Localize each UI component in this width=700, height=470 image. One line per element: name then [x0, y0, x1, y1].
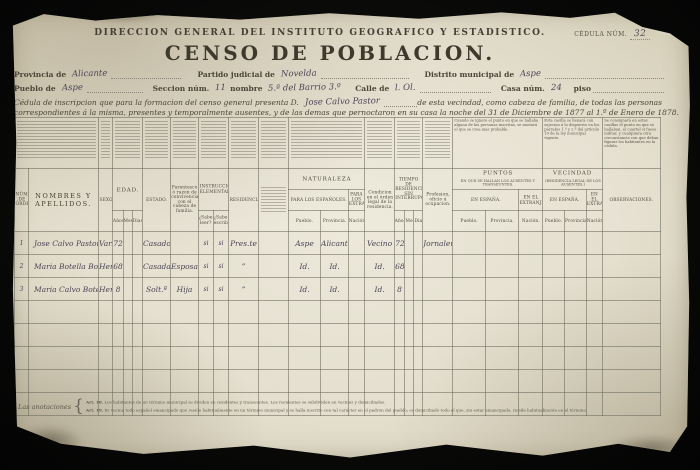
instr-cell: [113, 118, 143, 169]
col-header-condicion: Condicion en el órden legal de la reside…: [365, 169, 395, 232]
leaf-edad-anos: Años.: [113, 211, 124, 232]
table-cell: [124, 347, 133, 370]
table-cell: [486, 255, 519, 278]
declarant-name: Jose Calvo Pastor: [301, 96, 384, 108]
table-cell: [565, 347, 587, 370]
table-cell: Pres.te: [229, 232, 259, 255]
table-cell: [519, 370, 543, 393]
table-cell: si: [214, 255, 229, 278]
declaration-text-2: de esta vecindad, como cabeza de familia…: [417, 98, 664, 107]
instr-cell-puntos: Cuando se ignore el punto en que se hall…: [453, 118, 543, 169]
piso-label: piso: [574, 84, 593, 93]
pueblo-label: Pueblo de: [14, 84, 58, 93]
leaf-sabe-escribir: ¿Sabe escribir?: [214, 211, 229, 232]
table-cell: [543, 278, 565, 301]
table-cell: [171, 301, 199, 324]
table-cell: [414, 255, 423, 278]
table-cell: 1: [15, 232, 29, 255]
table-cell: si: [199, 232, 214, 255]
table-cell: [199, 347, 214, 370]
footnote-line: Art. 19. Es vecino todo español emancipa…: [86, 408, 700, 413]
table-cell: [423, 370, 453, 393]
fine-print: [201, 121, 226, 159]
subheader-para-espanoles: PARA LOS ESPAÑOLES.: [289, 190, 349, 211]
table-cell: [395, 324, 405, 347]
table-cell: [133, 347, 143, 370]
paper-stain: [606, 435, 696, 461]
table-row: [15, 347, 661, 370]
table-cell: [565, 232, 587, 255]
table-cell: Id.: [289, 278, 321, 301]
table-cell: [453, 301, 486, 324]
distrito-label: Distrito municipal de: [425, 70, 517, 79]
instr-cell: [171, 118, 199, 169]
col-header-ocupacion-fina: [259, 169, 289, 232]
table-cell: Id.: [321, 255, 349, 278]
instruction-text: Se consignará en estas casillas el punto…: [603, 118, 661, 149]
table-cell: [321, 324, 349, 347]
table-cell: [199, 324, 214, 347]
instr-cell: [395, 118, 423, 169]
table-cell: [99, 347, 113, 370]
table-cell: 8: [113, 278, 124, 301]
table-cell: [124, 232, 133, 255]
instr-cell: [143, 118, 171, 169]
cedula-number: CÉDULA NÚM. 32: [574, 29, 650, 40]
table-cell: [453, 347, 486, 370]
table-cell: [565, 255, 587, 278]
rule-line: [111, 69, 181, 79]
header-group-row: NÚM. DE ÓRDEN. NOMBRES Y APELLIDOS. SEXO…: [15, 169, 661, 190]
instruction-text: Cuando se ignore el punto en que se hall…: [453, 118, 542, 132]
col-header-vecindad: VECINDAD(RESIDENCIA LEGAL DE LOS AUSENTE…: [543, 169, 603, 190]
census-sheet: DIRECCION GENERAL DEL INSTITUTO GEOGRAFI…: [6, 5, 694, 463]
leaf-vecindad-pueblo: Pueblo.: [543, 211, 565, 232]
table-cell: [29, 370, 99, 393]
table-cell: [565, 278, 587, 301]
footnote-text: Los habitantes de un término municipal s…: [104, 400, 385, 405]
provincia-label: Provincia de: [14, 70, 68, 79]
leaf-tiempo-meses: Meses.: [405, 211, 414, 232]
table-cell: 72: [395, 232, 405, 255]
table-cell: [519, 255, 543, 278]
table-cell: [603, 232, 661, 255]
table-cell: [405, 301, 414, 324]
leaf-tiempo-anos: Años.: [395, 211, 405, 232]
instr-cell: [423, 118, 453, 169]
fine-print: [261, 187, 286, 213]
table-cell: [395, 347, 405, 370]
leaf-nat-provincia: Provincia.: [321, 211, 349, 232]
table-cell: [565, 324, 587, 347]
table-cell: [289, 347, 321, 370]
footer-notes: Las anotaciones { Art. 18. Los habitante…: [18, 399, 658, 414]
table-cell: Aspe: [289, 232, 321, 255]
table-cell: [259, 255, 289, 278]
table-cell: [414, 370, 423, 393]
table-cell: ”: [229, 255, 259, 278]
partido-value: Novelda: [277, 69, 321, 80]
seccion-nombre-label: nombre: [230, 84, 264, 93]
table-cell: Id.: [321, 278, 349, 301]
instructions-row: Cuando se ignore el punto en que se hall…: [15, 118, 661, 169]
table-cell: [143, 324, 171, 347]
leaf-sabe-leer: ¿Sabe leer?: [199, 211, 214, 232]
table-cell: [486, 232, 519, 255]
leaf-puntos-provincia: Provincia.: [486, 211, 519, 232]
table-cell: [29, 301, 99, 324]
leaf-puntos-nacion: Nación.: [519, 211, 543, 232]
table-cell: [229, 324, 259, 347]
fine-print: [397, 121, 420, 159]
table-cell: [321, 370, 349, 393]
col-header-edad: EDAD.: [113, 169, 143, 211]
fine-print: [367, 121, 392, 159]
seccion-value: 11: [211, 83, 230, 93]
table-row: [15, 324, 661, 347]
fine-print: [231, 121, 256, 159]
table-cell: [543, 347, 565, 370]
leaf-edad-meses: Meses.: [124, 211, 133, 232]
col-header-nombres: NOMBRES Y APELLIDOS.: [29, 169, 99, 232]
table-cell: [565, 301, 587, 324]
footnote-ref: Art. 19.: [86, 408, 103, 413]
table-cell: Alicante: [321, 232, 349, 255]
table-cell: [365, 347, 395, 370]
table-cell: [453, 255, 486, 278]
table-cell: [133, 278, 143, 301]
table-cell: [543, 232, 565, 255]
table-cell: [486, 370, 519, 393]
table-row: 2Maria Botella BotellaHem.68CasadaEsposa…: [15, 255, 661, 278]
table-cell: [414, 278, 423, 301]
table-cell: Hem.: [99, 278, 113, 301]
table-cell: Maria Calvo Botella: [29, 278, 99, 301]
fine-print: [145, 121, 168, 159]
table-cell: Id.: [365, 278, 395, 301]
partido-label: Partido judicial de: [197, 70, 276, 79]
subheader-vecindad-extranjero: EN EL EXTRANJERO.: [587, 190, 603, 211]
subheader-puntos-espana: EN ESPAÑA.: [453, 190, 519, 211]
table-cell: [15, 301, 29, 324]
subheader-para-extranjeros: PARA LOS EXTRANJEROS.: [349, 190, 365, 211]
table-cell: [171, 347, 199, 370]
table-cell: 68: [395, 255, 405, 278]
col-header-residencia: RESIDENCIA.: [229, 169, 259, 232]
table-cell: [214, 347, 229, 370]
instr-cell: [15, 118, 99, 169]
table-cell: [349, 301, 365, 324]
table-cell: [405, 255, 414, 278]
table-cell: [99, 301, 113, 324]
table-cell: [587, 370, 603, 393]
table-cell: [133, 301, 143, 324]
table-cell: 68: [113, 255, 124, 278]
casa-label: Casa núm.: [501, 84, 547, 93]
table-cell: [99, 324, 113, 347]
footnote-lines: Art. 18. Los habitantes de un término mu…: [86, 399, 700, 414]
table-cell: [321, 301, 349, 324]
table-cell: [259, 347, 289, 370]
table-cell: [405, 347, 414, 370]
table-row: [15, 370, 661, 393]
table-cell: Id.: [365, 255, 395, 278]
table-cell: [143, 347, 171, 370]
table-cell: [395, 301, 405, 324]
table-cell: Id.: [289, 255, 321, 278]
fine-print: [425, 121, 450, 159]
table-cell: [423, 347, 453, 370]
provincia-value: Alicante: [68, 69, 112, 80]
col-header-profesion: Profesion, oficio ú ocupacion.: [423, 169, 453, 232]
fine-print: [291, 121, 362, 159]
table-cell: [519, 278, 543, 301]
table-row: 1Jose Calvo PastorVar.72CasadosisiPres.t…: [15, 232, 661, 255]
table-cell: [124, 255, 133, 278]
brace-glyph: {: [71, 399, 86, 414]
table-cell: [543, 301, 565, 324]
col-header-num: NÚM. DE ÓRDEN.: [15, 169, 29, 232]
table-cell: [453, 324, 486, 347]
declaration-text-3: correspondientes á la misma, presentes y…: [14, 108, 681, 117]
table-cell: [365, 324, 395, 347]
table-cell: [171, 324, 199, 347]
table-cell: si: [199, 255, 214, 278]
table-cell: [587, 278, 603, 301]
table-cell: [99, 370, 113, 393]
table-cell: Vecino: [365, 232, 395, 255]
table-cell: [349, 324, 365, 347]
table-cell: [143, 301, 171, 324]
col-header-observaciones: OBSERVACIONES.: [603, 169, 661, 232]
table-body: 1Jose Calvo PastorVar.72CasadosisiPres.t…: [15, 232, 661, 416]
table-cell: [29, 347, 99, 370]
table-cell: Jose Calvo Pastor: [29, 232, 99, 255]
table-cell: [259, 324, 289, 347]
table-cell: [124, 370, 133, 393]
footnote-line: Art. 18. Los habitantes de un término mu…: [86, 400, 700, 405]
table-cell: [15, 324, 29, 347]
table-cell: [414, 232, 423, 255]
seccion-nombre-value: 5.ª del Barrio 3.º: [264, 82, 345, 94]
table-cell: [214, 324, 229, 347]
leaf-puntos-pueblo: Pueblo.: [453, 211, 486, 232]
footnote-text: Es vecino todo español emancipado que re…: [104, 408, 587, 413]
leaf-vecindad-provincia: Provincia.: [565, 211, 587, 232]
table-cell: [365, 301, 395, 324]
paper-stain: [76, 7, 166, 23]
table-cell: [519, 232, 543, 255]
table-cell: [405, 232, 414, 255]
leaf-tiempo-dias: Dias.: [414, 211, 423, 232]
table-cell: [365, 370, 395, 393]
table-cell: [519, 301, 543, 324]
table-cell: [113, 370, 124, 393]
col-header-puntos: PUNTOSEN QUE SE HALLAN LOS AUSENTES Y TR…: [453, 169, 543, 190]
table-cell: [423, 324, 453, 347]
table-cell: [414, 324, 423, 347]
table-cell: [259, 301, 289, 324]
table-cell: Casado: [143, 232, 171, 255]
table-cell: Esposa: [171, 255, 199, 278]
rule-line: [593, 83, 664, 93]
table-cell: [603, 255, 661, 278]
table-cell: [133, 255, 143, 278]
table-cell: [543, 370, 565, 393]
table-cell: [214, 370, 229, 393]
col-header-parentesco: Parentesco ó razon de convivencia con el…: [171, 169, 199, 232]
col-header-instruccion: INSTRUCCION ELEMENTAL.: [199, 169, 229, 211]
paper-stain: [14, 425, 84, 459]
pueblo-value: Aspe: [57, 83, 86, 94]
fine-print: [101, 121, 110, 159]
table-cell: [423, 301, 453, 324]
col-header-naturaleza: NATURALEZA: [289, 169, 365, 190]
table-cell: Jornalero: [423, 232, 453, 255]
table-cell: Maria Botella Botella: [29, 255, 99, 278]
table-cell: [405, 324, 414, 347]
seccion-label: Seccion núm.: [153, 84, 212, 93]
form-line-1: Provincia de Alicante Partido judicial d…: [14, 69, 664, 79]
table-cell: [289, 324, 321, 347]
declaration-line-2: correspondientes á la misma, presentes y…: [14, 108, 664, 117]
table-cell: Var.: [99, 232, 113, 255]
instr-cell: [289, 118, 365, 169]
form-line-2: Pueblo de Aspe Seccion núm. 11 nombre 5.…: [14, 83, 664, 93]
fine-print: [115, 121, 140, 159]
table-cell: [349, 347, 365, 370]
table-cell: [519, 324, 543, 347]
table-cell: [543, 324, 565, 347]
cedula-value: 32: [629, 29, 650, 40]
table-cell: [543, 255, 565, 278]
table-cell: [113, 324, 124, 347]
table-cell: [414, 301, 423, 324]
table-cell: [587, 301, 603, 324]
table-cell: [587, 324, 603, 347]
photo-backdrop: DIRECCION GENERAL DEL INSTITUTO GEOGRAFI…: [0, 0, 700, 470]
table-row: [15, 301, 661, 324]
table-cell: [603, 347, 661, 370]
rule-line: [545, 69, 664, 79]
table-cell: [199, 301, 214, 324]
footnote-ref: Art. 18.: [86, 400, 103, 405]
table-cell: [321, 347, 349, 370]
instruction-text: Esta casilla se llenará con sujecion á l…: [543, 118, 603, 141]
subheader-puntos-extranjero: EN EL EXTRANJERO.: [519, 190, 543, 211]
table-cell: [229, 301, 259, 324]
table-cell: [405, 278, 414, 301]
table-cell: [349, 232, 365, 255]
table-cell: [229, 370, 259, 393]
table-cell: Solt.ª: [143, 278, 171, 301]
table-cell: [603, 301, 661, 324]
table-cell: [565, 370, 587, 393]
table-cell: [414, 347, 423, 370]
table-cell: Hija: [171, 278, 199, 301]
table-cell: [486, 278, 519, 301]
table-cell: [453, 232, 486, 255]
table-cell: 72: [113, 232, 124, 255]
leaf-vecindad-nacion: Nación.: [587, 211, 603, 232]
table-cell: 2: [15, 255, 29, 278]
table-cell: [229, 347, 259, 370]
cedula-label: CÉDULA NÚM.: [574, 31, 627, 38]
fine-print: [17, 121, 96, 159]
table-cell: [405, 370, 414, 393]
table-cell: si: [199, 278, 214, 301]
table-cell: [15, 370, 29, 393]
col-header-tiempo: TIEMPO DE RESIDENCIA SIN INTERRUPCION.: [395, 169, 423, 211]
calle-value: l. Ol.: [391, 83, 420, 94]
footnote-label: Las anotaciones: [18, 403, 71, 411]
page-title: CENSO DE POBLACION.: [6, 41, 694, 65]
col-header-estado: ESTADO.: [143, 169, 171, 232]
leaf-edad-dias: Dias.: [133, 211, 143, 232]
leaf-nat-nacion: Nación.: [349, 211, 365, 232]
table-cell: [133, 324, 143, 347]
table-cell: [289, 370, 321, 393]
table-cell: [133, 232, 143, 255]
table-cell: [603, 324, 661, 347]
table-cell: [587, 255, 603, 278]
table-cell: [587, 232, 603, 255]
table-cell: [519, 347, 543, 370]
table-cell: si: [214, 278, 229, 301]
table-cell: ”: [229, 278, 259, 301]
calle-label: Calle de: [355, 84, 391, 93]
table-cell: [486, 347, 519, 370]
rule-line: [384, 97, 418, 107]
table-cell: [113, 347, 124, 370]
fine-print: [173, 121, 196, 159]
table-cell: [603, 278, 661, 301]
table-cell: 8: [395, 278, 405, 301]
rule-line: [87, 83, 143, 93]
table-cell: [486, 301, 519, 324]
table-cell: [603, 370, 661, 393]
fine-print: [261, 121, 286, 159]
table-cell: [171, 370, 199, 393]
table-cell: [259, 278, 289, 301]
table-cell: [423, 255, 453, 278]
table-cell: [199, 370, 214, 393]
instr-cell: [259, 118, 289, 169]
rule-line: [321, 69, 409, 79]
table-cell: [113, 301, 124, 324]
casa-value: 24: [547, 83, 566, 93]
table-cell: [349, 255, 365, 278]
table-cell: si: [214, 232, 229, 255]
table-cell: [423, 278, 453, 301]
distrito-value: Aspe: [516, 69, 545, 80]
declaration-text-1: Cédula de inscripcion que para la formac…: [14, 98, 301, 107]
table-cell: [124, 278, 133, 301]
table-cell: [124, 301, 133, 324]
instr-cell: [229, 118, 259, 169]
table-cell: [15, 347, 29, 370]
census-table: Cuando se ignore el punto en que se hall…: [14, 117, 661, 416]
declaration-line-1: Cédula de inscripcion que para la formac…: [14, 97, 664, 107]
table-cell: [29, 324, 99, 347]
table-cell: [486, 324, 519, 347]
table-cell: 3: [15, 278, 29, 301]
table-cell: [259, 370, 289, 393]
table-cell: [349, 370, 365, 393]
leaf-nat-pueblo: Pueblo.: [289, 211, 321, 232]
table-cell: [453, 370, 486, 393]
table-cell: [289, 301, 321, 324]
